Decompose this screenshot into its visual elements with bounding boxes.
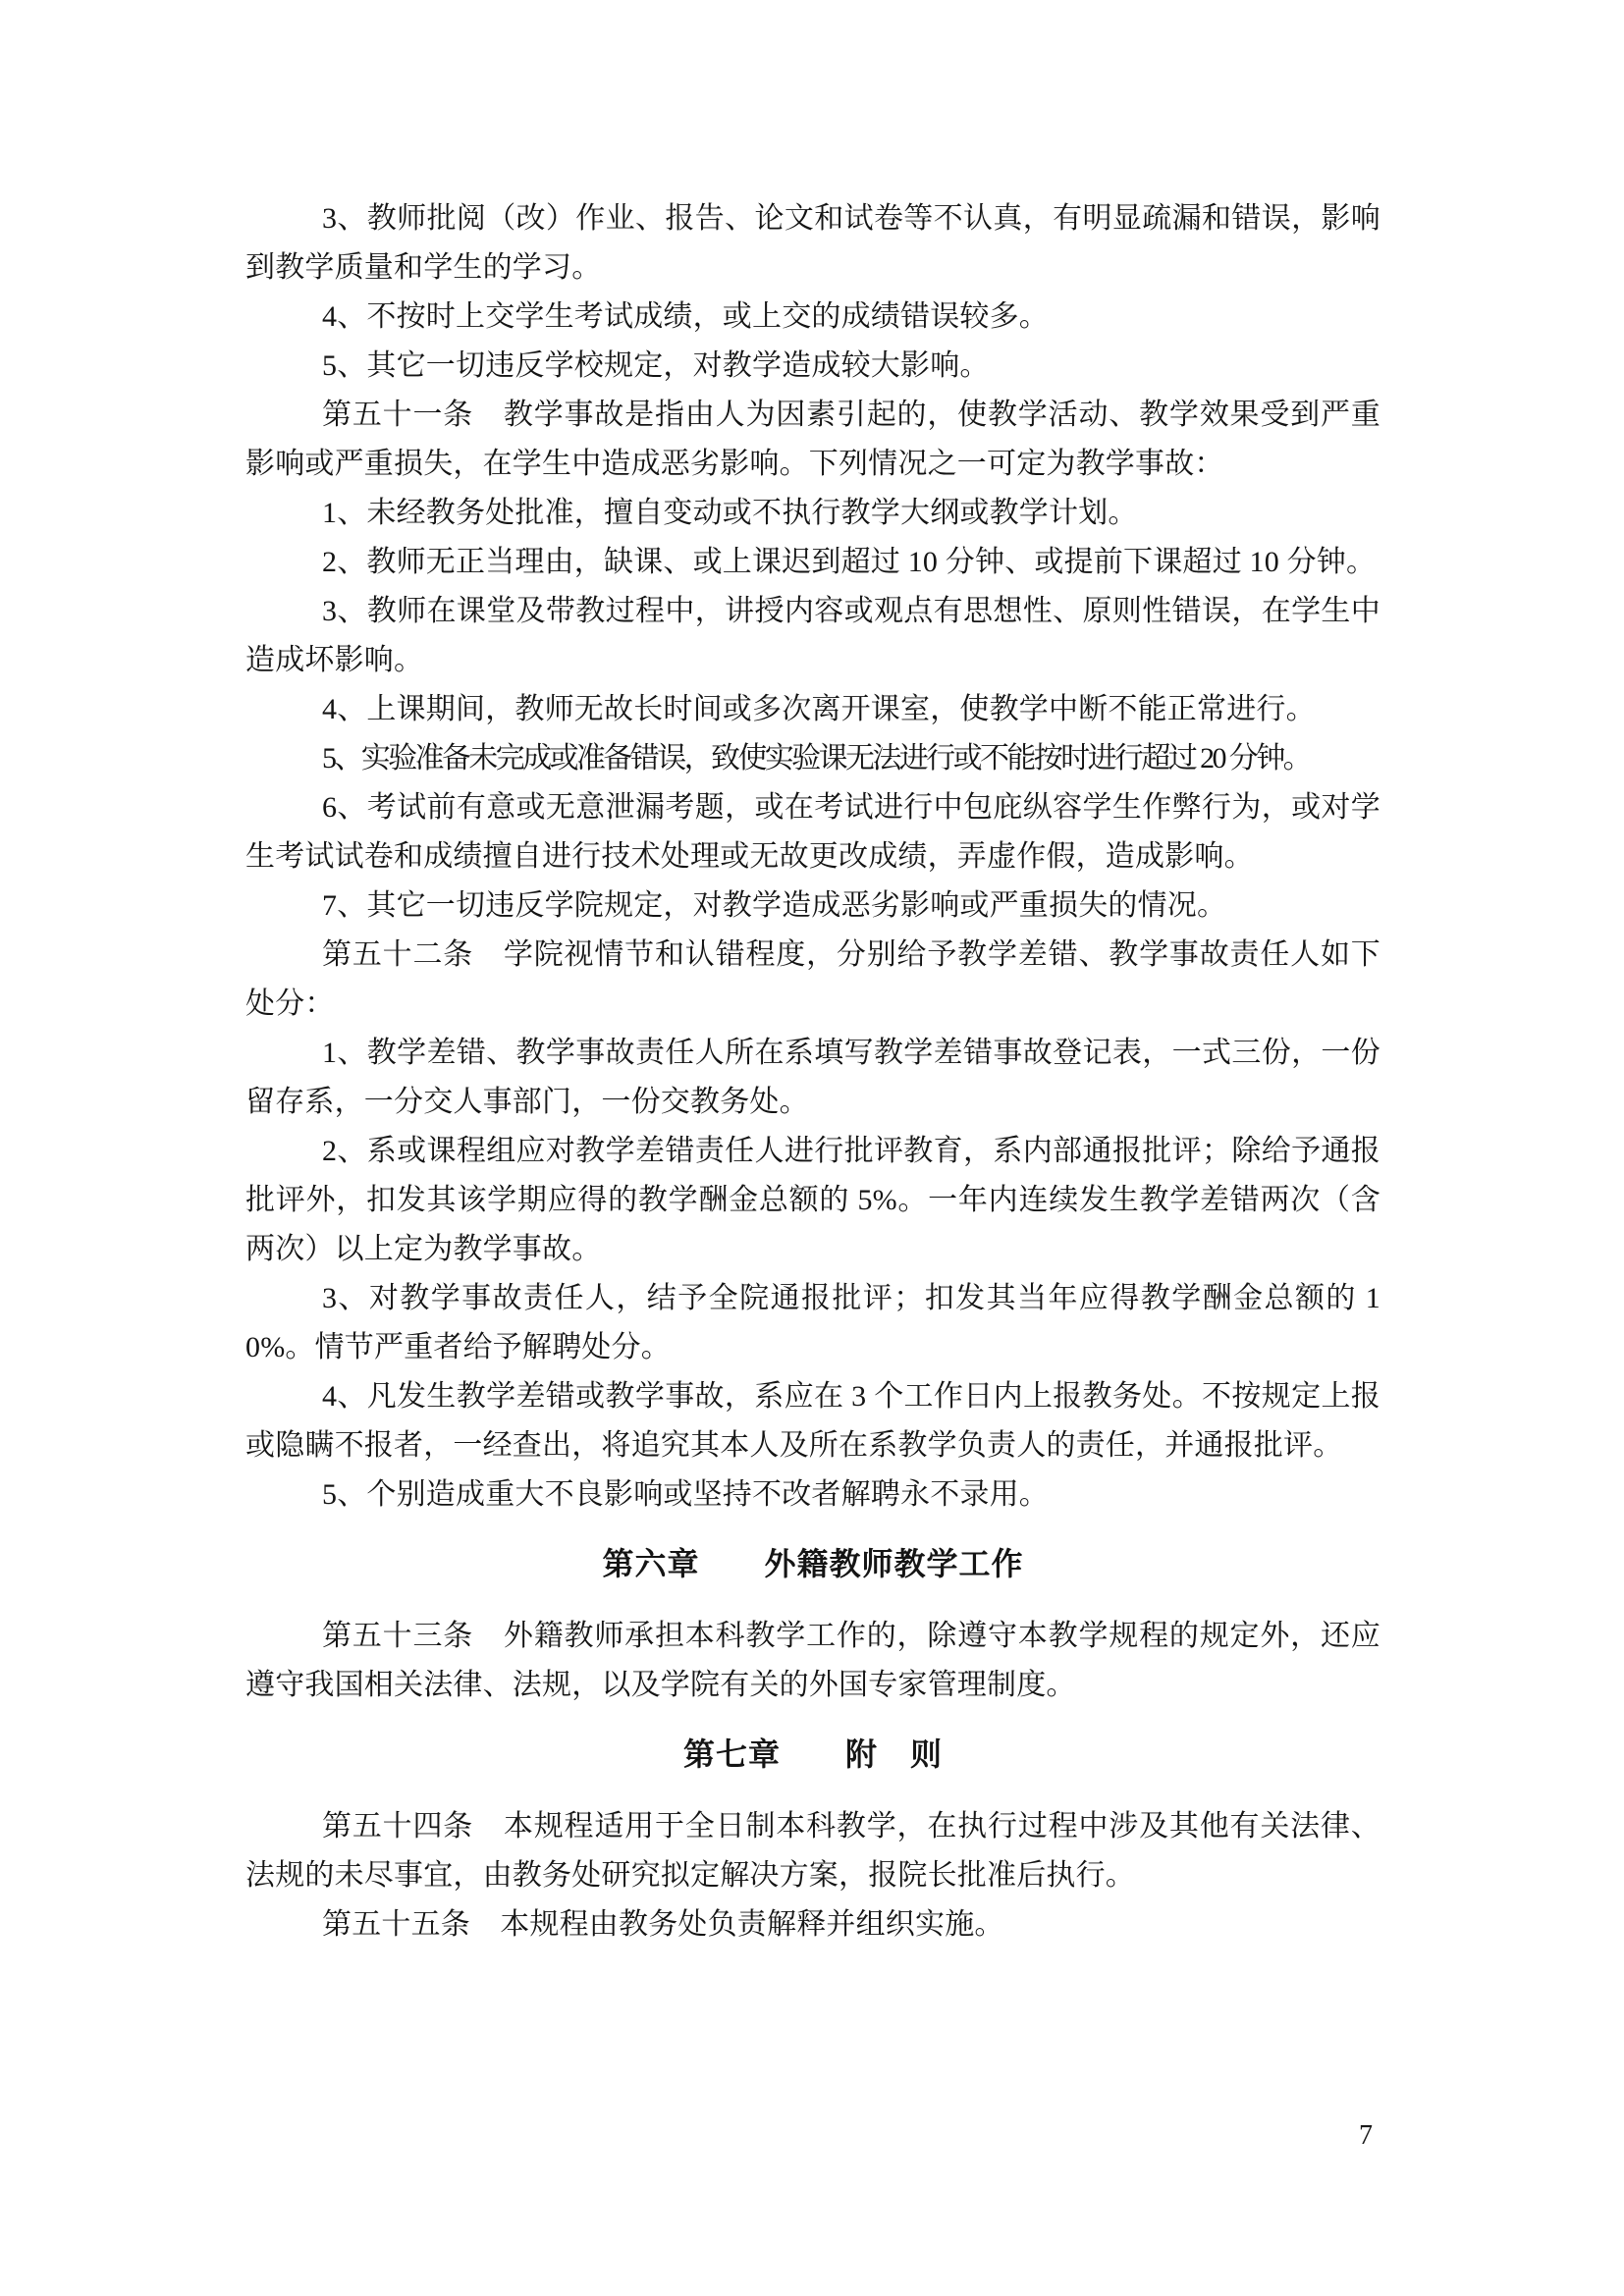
chapter-heading: 第七章 附 则	[245, 1730, 1380, 1779]
paragraph: 7、其它一切违反学院规定，对教学造成恶劣影响或严重损失的情况。	[245, 881, 1380, 931]
paragraph: 3、教师在课堂及带教过程中，讲授内容或观点有思想性、原则性错误，在学生中造成坏影…	[245, 587, 1380, 685]
paragraph: 第五十三条 外籍教师承担本科教学工作的，除遵守本教学规程的规定外，还应遵守我国相…	[245, 1612, 1380, 1710]
paragraph: 第五十四条 本规程适用于全日制本科教学，在执行过程中涉及其他有关法律、法规的未尽…	[245, 1802, 1380, 1900]
paragraph: 第五十五条 本规程由教务处负责解释并组织实施。	[245, 1900, 1380, 1949]
paragraph: 5、实验准备未完成或准备错误，致使实验课无法进行或不能按时进行超过 20 分钟。	[245, 734, 1380, 783]
paragraph: 第五十二条 学院视情节和认错程度，分别给予教学差错、教学事故责任人如下处分：	[245, 931, 1380, 1029]
page-number: 7	[1359, 2120, 1373, 2152]
paragraph: 4、不按时上交学生考试成绩，或上交的成绩错误较多。	[245, 293, 1380, 342]
paragraph: 2、教师无正当理由，缺课、或上课迟到超过 10 分钟、或提前下课超过 10 分钟…	[245, 538, 1380, 587]
paragraph: 3、教师批阅（改）作业、报告、论文和试卷等不认真，有明显疏漏和错误，影响到教学质…	[245, 194, 1380, 293]
paragraph: 1、未经教务处批准，擅自变动或不执行教学大纲或教学计划。	[245, 489, 1380, 538]
page-background: { "page": { "number": "7" }, "document":…	[0, 0, 1624, 2296]
paragraph: 6、考试前有意或无意泄漏考题，或在考试进行中包庇纵容学生作弊行为，或对学生考试试…	[245, 783, 1380, 881]
paragraph: 1、教学差错、教学事故责任人所在系填写教学差错事故登记表，一式三份，一份留存系，…	[245, 1029, 1380, 1127]
paragraph: 5、其它一切违反学校规定，对教学造成较大影响。	[245, 342, 1380, 391]
chapter-heading: 第六章 外籍教师教学工作	[245, 1539, 1380, 1588]
paragraph: 2、系或课程组应对教学差错责任人进行批评教育，系内部通报批评；除给予通报批评外，…	[245, 1127, 1380, 1274]
document-page: 3、教师批阅（改）作业、报告、论文和试卷等不认真，有明显疏漏和错误，影响到教学质…	[0, 0, 1624, 2296]
paragraph: 4、凡发生教学差错或教学事故，系应在 3 个工作日内上报教务处。不按规定上报或隐…	[245, 1372, 1380, 1470]
paragraph: 4、上课期间，教师无故长时间或多次离开课室，使教学中断不能正常进行。	[245, 685, 1380, 734]
paragraph: 5、个别造成重大不良影响或坚持不改者解聘永不录用。	[245, 1470, 1380, 1520]
document-content: 3、教师批阅（改）作业、报告、论文和试卷等不认真，有明显疏漏和错误，影响到教学质…	[245, 194, 1380, 1949]
paragraph: 第五十一条 教学事故是指由人为因素引起的，使教学活动、教学效果受到严重影响或严重…	[245, 391, 1380, 489]
paragraph: 3、对教学事故责任人，结予全院通报批评；扣发其当年应得教学酬金总额的 10%。情…	[245, 1274, 1380, 1372]
